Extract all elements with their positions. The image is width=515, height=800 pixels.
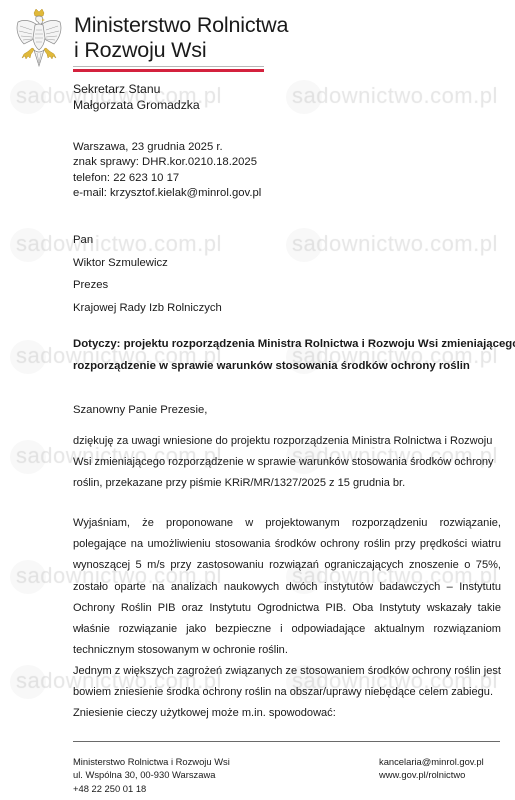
footer-email-link[interactable]: kancelaria@minrol.gov.pl xyxy=(379,755,484,768)
letter-subject: Dotyczy: projektu rozporządzenia Ministr… xyxy=(73,333,509,377)
recipient-name: Wiktor Szmulewicz xyxy=(73,252,222,275)
recipient-organization: Krajowej Rady Izb Rolniczych xyxy=(73,297,222,320)
apple-watermark-icon xyxy=(286,80,322,114)
sender-title: Sekretarz Stanu xyxy=(73,81,200,97)
ministry-name-line1: Ministerstwo Rolnictwa xyxy=(74,13,288,38)
footer-website-link[interactable]: www.gov.pl/rolnictwo xyxy=(379,768,484,781)
ministry-name-line2: i Rozwoju Wsi xyxy=(74,38,288,63)
body-paragraph: Jednym z większych zagrożeń związanych z… xyxy=(73,661,501,725)
place-date: Warszawa, 23 grudnia 2025 r. xyxy=(73,140,261,155)
greeting: Szanowny Panie Prezesie, xyxy=(73,402,207,418)
flag-stripe-white xyxy=(73,66,264,67)
sender-block: Sekretarz Stanu Małgorzata Gromadzka xyxy=(73,81,200,113)
footer-address: Ministerstwo Rolnictwa i Rozwoju Wsi ul.… xyxy=(73,755,230,795)
body-paragraph: Wyjaśniam, że proponowane w projektowany… xyxy=(73,513,501,661)
letter-page: sadownictwo.com.pl sadownictwo.com.pl sa… xyxy=(0,0,515,800)
case-reference: znak sprawy: DHR.kor.0210.18.2025 xyxy=(73,155,261,170)
flag-stripe-red xyxy=(73,69,264,72)
watermark: sadownictwo.com.pl xyxy=(286,80,498,114)
apple-watermark-icon xyxy=(10,440,46,474)
recipient-position: Prezes xyxy=(73,274,222,297)
polish-eagle-emblem-icon xyxy=(14,8,64,70)
ministry-name: Ministerstwo Rolnictwa i Rozwoju Wsi xyxy=(74,13,288,63)
letter-meta: Warszawa, 23 grudnia 2025 r. znak sprawy… xyxy=(73,140,261,202)
recipient-block: Pan Wiktor Szmulewicz Prezes Krajowej Ra… xyxy=(73,229,222,319)
apple-watermark-icon xyxy=(10,340,46,374)
subject-line1: Dotyczy: projektu rozporządzenia Ministr… xyxy=(73,333,509,355)
footer-street: ul. Wspólna 30, 00-930 Warszawa xyxy=(73,768,230,781)
footer-divider xyxy=(73,741,500,742)
apple-watermark-icon xyxy=(286,228,322,262)
contact-phone: telefon: 22 623 10 17 xyxy=(73,171,261,186)
recipient-prefix: Pan xyxy=(73,229,222,252)
contact-email: e-mail: krzysztof.kielak@minrol.gov.pl xyxy=(73,186,261,201)
subject-line2: rozporządzenie w sprawie warunków stosow… xyxy=(73,355,509,377)
apple-watermark-icon xyxy=(10,80,46,114)
sender-name: Małgorzata Gromadzka xyxy=(73,97,200,113)
footer-org-name: Ministerstwo Rolnictwa i Rozwoju Wsi xyxy=(73,755,230,768)
apple-watermark-icon xyxy=(10,665,46,699)
footer-phone: +48 22 250 01 18 xyxy=(73,782,230,795)
footer-contact: kancelaria@minrol.gov.pl www.gov.pl/roln… xyxy=(379,755,484,782)
body-paragraph: dziękuję za uwagi wniesione do projektu … xyxy=(73,431,501,495)
watermark: sadownictwo.com.pl xyxy=(286,228,498,262)
apple-watermark-icon xyxy=(10,560,46,594)
apple-watermark-icon xyxy=(10,228,46,262)
